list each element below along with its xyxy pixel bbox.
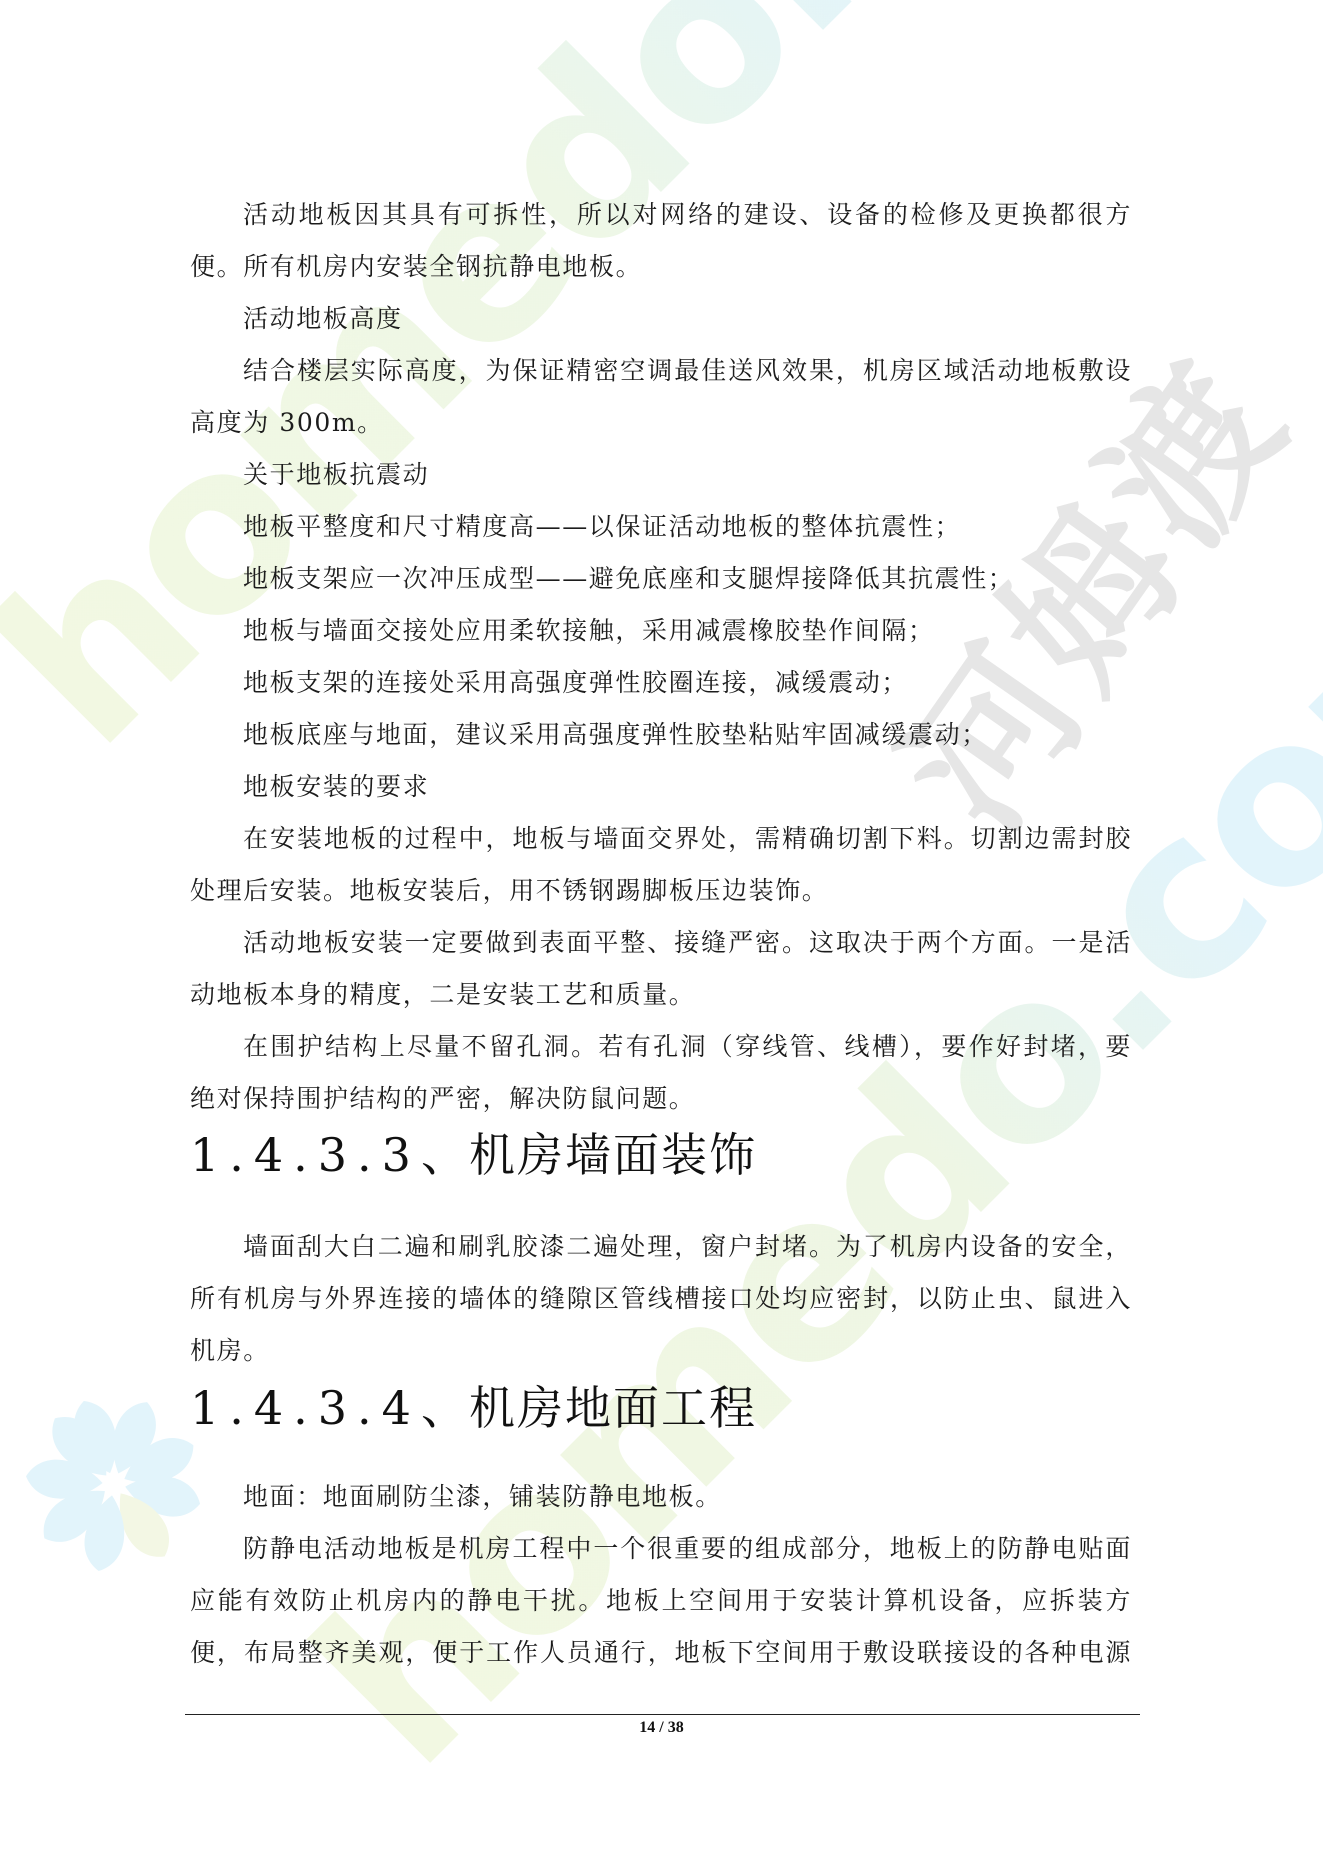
section-separator: 、 <box>421 1128 469 1182</box>
paragraph-line: 机房。 <box>190 1325 1132 1377</box>
section-number: 1.4.3.4 <box>190 1381 421 1435</box>
paragraph-line: 墙面刮大白二遍和刷乳胶漆二遍处理，窗户封堵。为了机房内设备的安全， <box>190 1221 1132 1273</box>
subheading-floor-height: 活动地板高度 <box>190 293 1132 345</box>
paragraph-line: 活动地板安装一定要做到表面平整、接缝严密。这取决于两个方面。一是活 <box>190 917 1132 969</box>
paragraph-line: 应能有效防止机房内的静电干扰。地板上空间用于安装计算机设备，应拆装方 <box>190 1575 1132 1627</box>
section-heading-1-4-3-3: 1.4.3.3、机房墙面装饰 <box>190 1123 757 1187</box>
paragraph-line: 所有机房与外界连接的墙体的缝隙区管线槽接口处均应密封，以防止虫、鼠进入 <box>190 1273 1132 1325</box>
paragraph-line: 绝对保持围护结构的严密，解决防鼠问题。 <box>190 1073 1132 1125</box>
section-heading-1-4-3-4: 1.4.3.4、机房地面工程 <box>190 1376 757 1440</box>
paragraph-line: 处理后安装。地板安装后，用不锈钢踢脚板压边装饰。 <box>190 865 1132 917</box>
list-item: 地板底座与地面，建议采用高强度弹性胶垫粘贴牢固减缓震动； <box>190 709 1132 761</box>
paragraph-line: 便。所有机房内安装全钢抗静电地板。 <box>190 241 1132 293</box>
paragraph-line: 动地板本身的精度，二是安装工艺和质量。 <box>190 969 1132 1021</box>
paragraph-line: 活动地板因其具有可拆性，所以对网络的建设、设备的检修及更换都很方 <box>190 189 1132 241</box>
section-title: 机房墙面装饰 <box>469 1128 757 1182</box>
footer-divider <box>185 1714 1140 1715</box>
paragraph-line: 在围护结构上尽量不留孔洞。若有孔洞（穿线管、线槽），要作好封堵，要 <box>190 1021 1132 1073</box>
page-number: 14 / 38 <box>0 1719 1323 1737</box>
list-item: 地板与墙面交接处应用柔软接触，采用减震橡胶垫作间隔； <box>190 605 1132 657</box>
subheading-anti-vibration: 关于地板抗震动 <box>190 449 1132 501</box>
flower-logo-icon <box>18 1388 210 1580</box>
list-item: 地板支架的连接处采用高强度弹性胶圈连接，减缓震动； <box>190 657 1132 709</box>
section-separator: 、 <box>421 1381 469 1435</box>
document-page: homedo.com homedo.com 河姆渡 活动地板因其具有可拆性，所以… <box>0 0 1323 1871</box>
subheading-installation-requirements: 地板安装的要求 <box>190 761 1132 813</box>
paragraph-line: 高度为 300m。 <box>190 397 1132 449</box>
list-item: 地板支架应一次冲压成型——避免底座和支腿焊接降低其抗震性； <box>190 553 1132 605</box>
section-number: 1.4.3.3 <box>190 1128 421 1182</box>
section-title: 机房地面工程 <box>469 1381 757 1435</box>
paragraph-line: 结合楼层实际高度，为保证精密空调最佳送风效果，机房区域活动地板敷设 <box>190 345 1132 397</box>
paragraph-line: 便，布局整齐美观，便于工作人员通行，地板下空间用于敷设联接设的各种电源 <box>190 1627 1132 1679</box>
paragraph-line: 在安装地板的过程中，地板与墙面交界处，需精确切割下料。切割边需封胶 <box>190 813 1132 865</box>
paragraph-line: 地面：地面刷防尘漆，铺装防静电地板。 <box>190 1471 1132 1523</box>
list-item: 地板平整度和尺寸精度高——以保证活动地板的整体抗震性； <box>190 501 1132 553</box>
paragraph-line: 防静电活动地板是机房工程中一个很重要的组成部分，地板上的防静电贴面 <box>190 1523 1132 1575</box>
